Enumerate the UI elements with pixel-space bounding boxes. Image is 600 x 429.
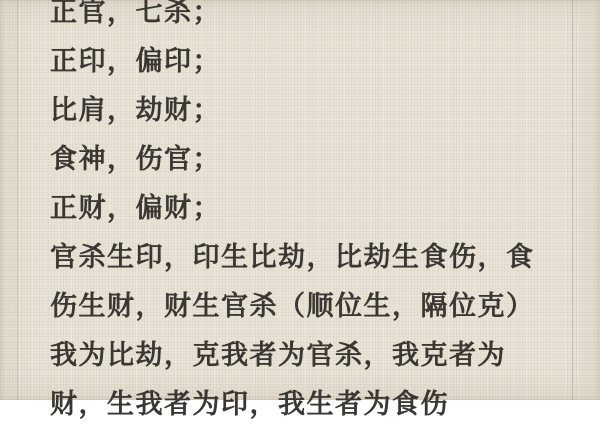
text-line: 官杀生印，印生比劫，比劫生食伤，食	[50, 233, 590, 282]
left-seam-line	[17, 0, 18, 400]
text-line: 正财，偏财；	[50, 184, 590, 233]
text-line: 比肩，劫财；	[50, 86, 590, 135]
text-line: 正官，七杀；	[50, 0, 590, 37]
text-line: 正印，偏印；	[50, 37, 590, 86]
text-content: 正官，七杀；正印，偏印；比肩，劫财；食神，伤官；正财，偏财；官杀生印，印生比劫，…	[50, 0, 590, 400]
text-line: 财，生我者为印，我生者为食伤	[50, 380, 590, 400]
text-line: 食神，伤官；	[50, 135, 590, 184]
paper-background: 正官，七杀；正印，偏印；比肩，劫财；食神，伤官；正财，偏财；官杀生印，印生比劫，…	[0, 0, 600, 400]
text-line: 我为比劫，克我者为官杀，我克者为	[50, 331, 590, 380]
text-line: 伤生财，财生官杀（顺位生，隔位克）	[50, 282, 590, 331]
